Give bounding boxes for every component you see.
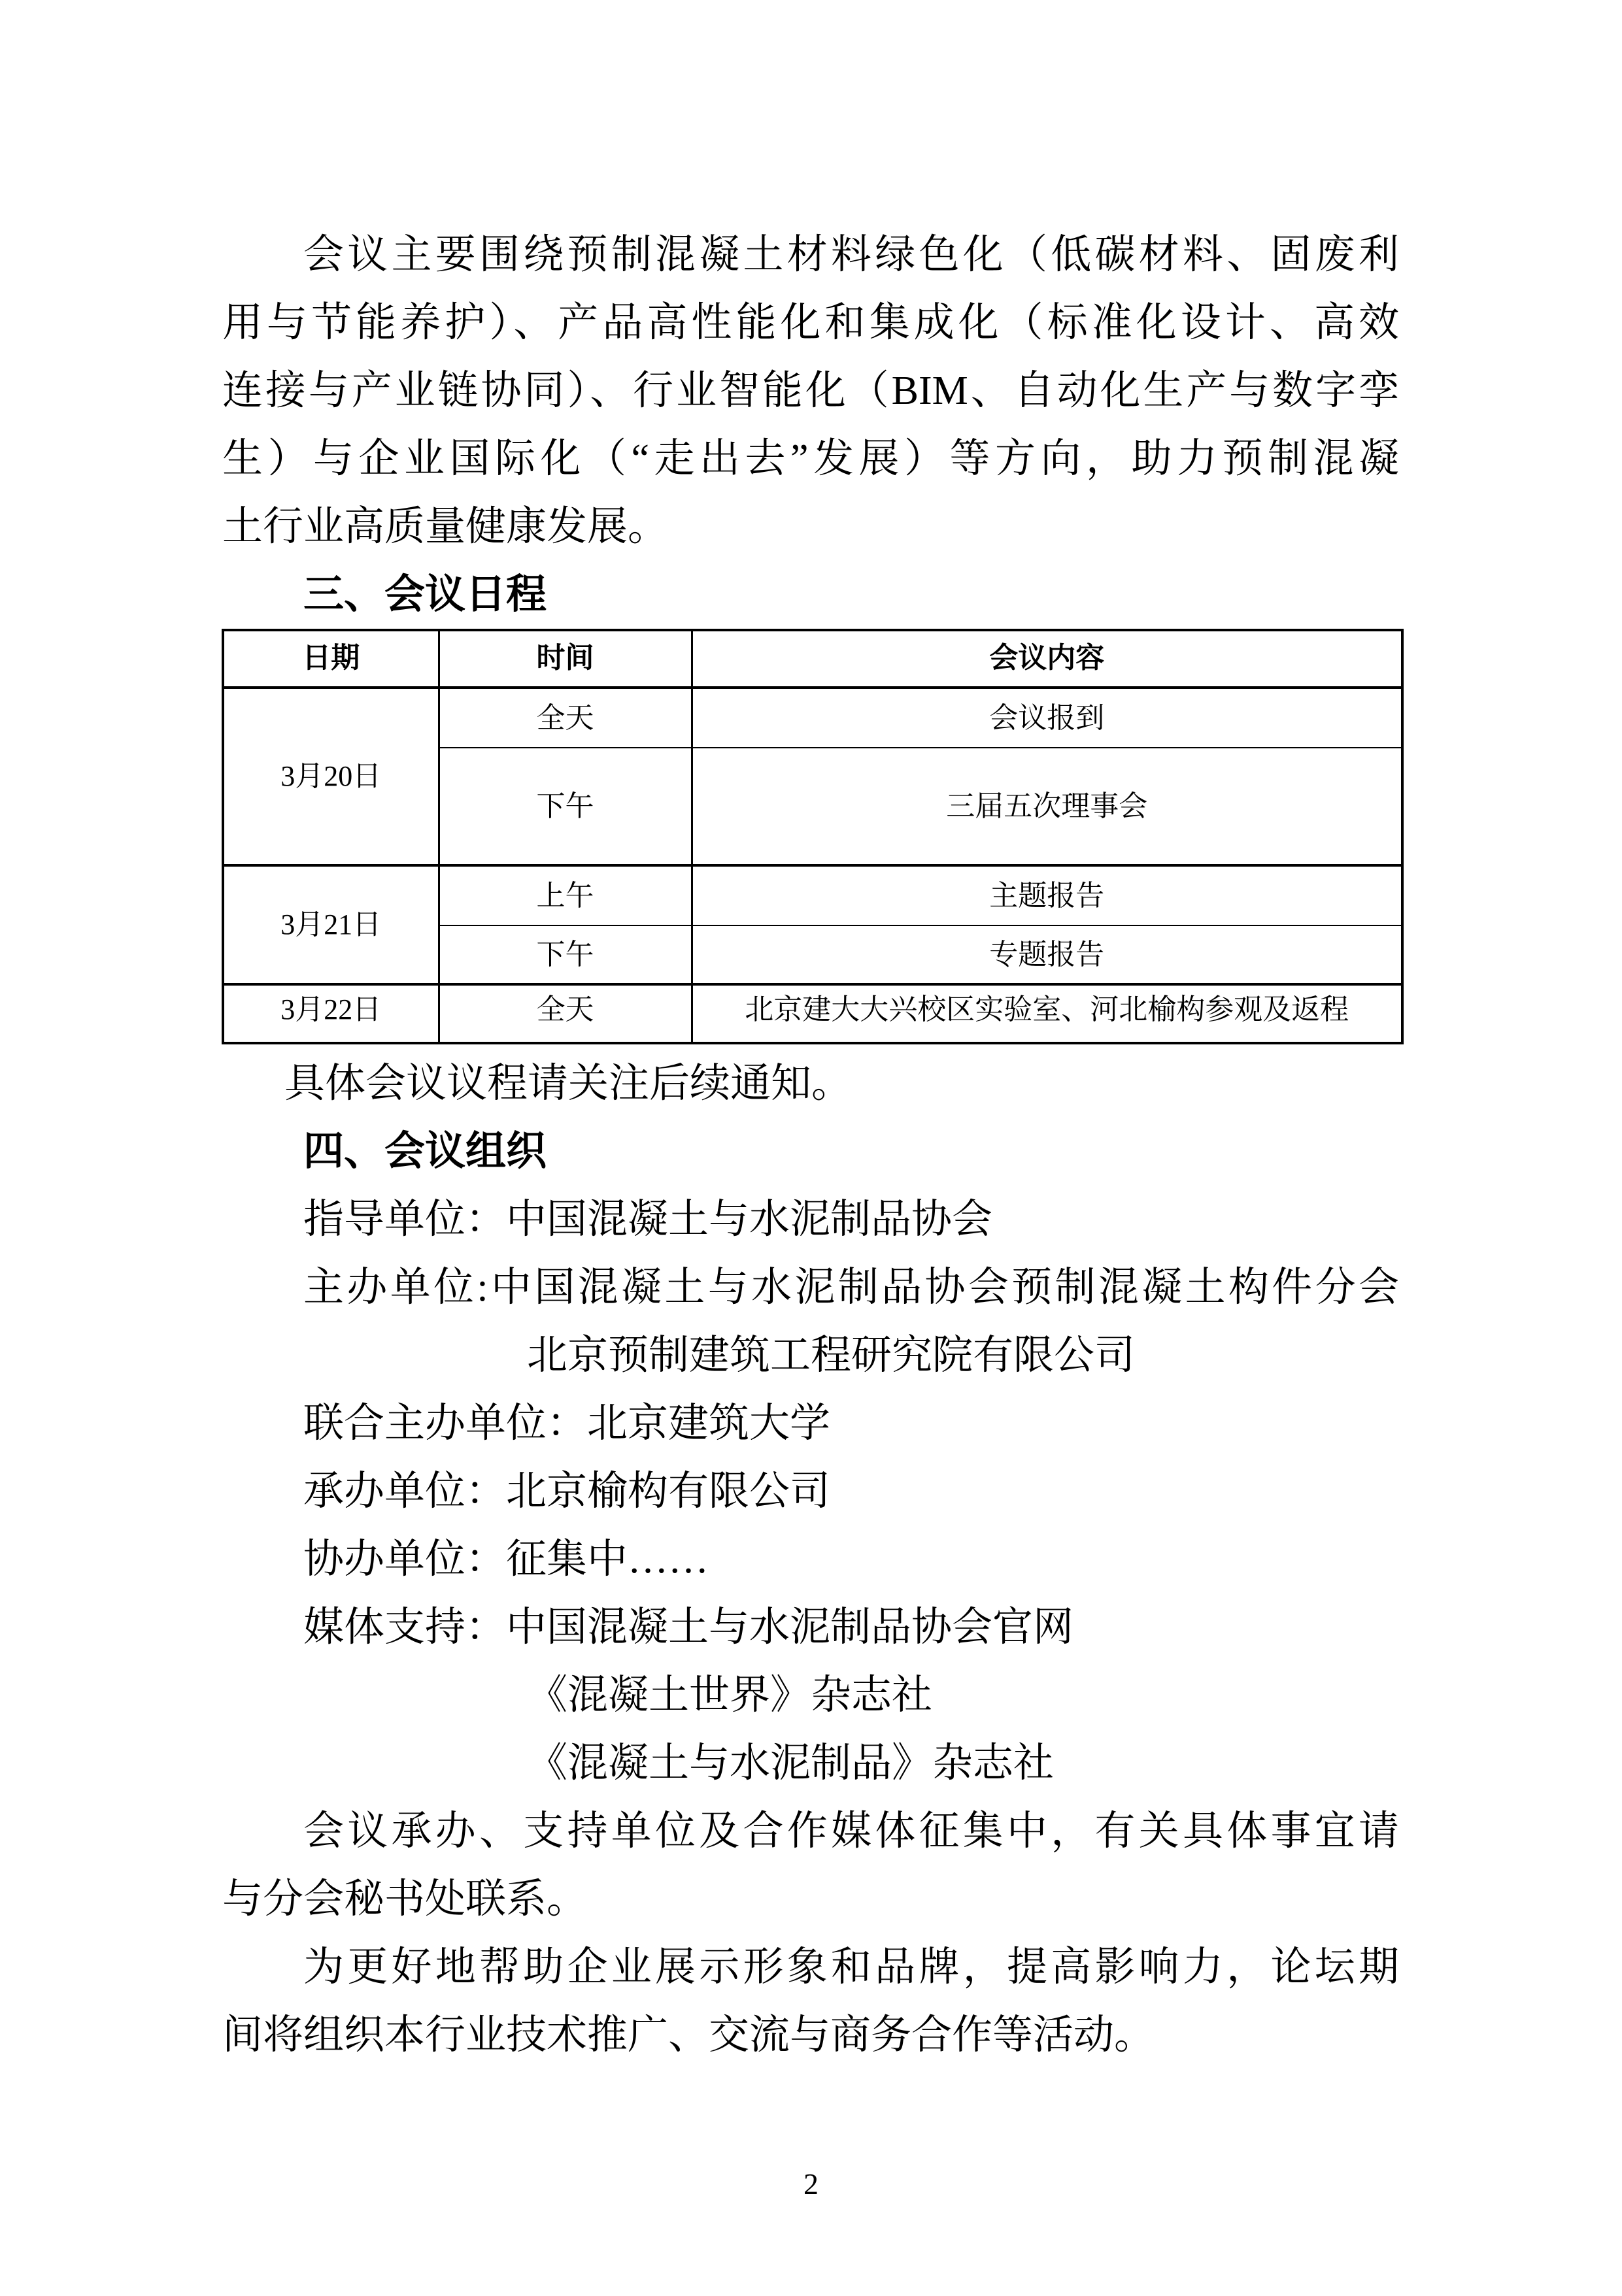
closing-paragraph-1: 会议承办、支持单位及合作媒体征集中，有关具体事宜请 与分会秘书处联系。 (222, 1797, 1399, 1933)
closing-line: 间将组织本行业技术推广、交流与商务合作等活动。 (222, 2001, 1399, 2069)
note-line: 具体会议议程请关注后续通知。 (222, 1050, 1399, 1118)
schedule-table: 日期 时间 会议内容 3月20日 全天 会议报到 下午 三届五次理事会 3月21… (222, 629, 1404, 1044)
intro-line: 生）与企业国际化（“走出去”发展）等方向，助力预制混凝 (222, 425, 1399, 493)
intro-line: 用与节能养护）、产品高性能化和集成化（标准化设计、高效 (222, 289, 1399, 357)
document-page: 会议主要围绕预制混凝土材料绿色化（低碳材料、固废利 用与节能养护）、产品高性能化… (0, 0, 1622, 2296)
schedule-row: 3月21日 上午 主题报告 (223, 865, 1402, 925)
org-cohost-line: 联合主办单位：北京建筑大学 (222, 1389, 1399, 1457)
schedule-date-cell: 3月21日 (223, 865, 439, 984)
section3-heading: 三、会议日程 (222, 561, 1399, 629)
org-media-line: 媒体支持：中国混凝土与水泥制品协会官网 (222, 1593, 1399, 1661)
org-guidance-line: 指导单位：中国混凝土与水泥制品协会 (222, 1186, 1399, 1254)
org-coorganizer-line: 协办单位：征集中…… (222, 1525, 1399, 1593)
schedule-content-cell: 三届五次理事会 (692, 748, 1402, 865)
closing-line: 为更好地帮助企业展示形象和品牌，提高影响力，论坛期 (222, 1933, 1399, 2001)
schedule-row: 3月22日 全天 北京建大大兴校区实验室、河北榆构参观及返程 (223, 984, 1402, 1043)
organization-list: 指导单位：中国混凝土与水泥制品协会 主办单位:中国混凝土与水泥制品协会预制混凝土… (222, 1186, 1399, 1797)
schedule-time-cell: 下午 (439, 748, 692, 865)
document-content: 会议主要围绕预制混凝土材料绿色化（低碳材料、固废利 用与节能养护）、产品高性能化… (222, 221, 1399, 2069)
schedule-content-cell: 会议报到 (692, 688, 1402, 748)
intro-paragraph: 会议主要围绕预制混凝土材料绿色化（低碳材料、固废利 用与节能养护）、产品高性能化… (222, 221, 1399, 561)
schedule-row: 3月20日 全天 会议报到 (223, 688, 1402, 748)
schedule-header-date: 日期 (223, 630, 439, 688)
intro-line: 会议主要围绕预制混凝土材料绿色化（低碳材料、固废利 (222, 221, 1399, 289)
schedule-content-cell: 专题报告 (692, 925, 1402, 984)
closing-paragraph-2: 为更好地帮助企业展示形象和品牌，提高影响力，论坛期 间将组织本行业技术推广、交流… (222, 1933, 1399, 2069)
schedule-time-cell: 全天 (439, 688, 692, 748)
closing-line: 会议承办、支持单位及合作媒体征集中，有关具体事宜请 (222, 1797, 1399, 1865)
org-host-line: 主办单位:中国混凝土与水泥制品协会预制混凝土构件分会 (222, 1254, 1399, 1322)
schedule-content-cell: 北京建大大兴校区实验室、河北榆构参观及返程 (692, 984, 1402, 1043)
section4-heading: 四、会议组织 (222, 1118, 1399, 1186)
org-media2-line: 《混凝土世界》杂志社 (222, 1661, 1399, 1729)
org-media3-line: 《混凝土与水泥制品》杂志社 (222, 1729, 1399, 1797)
schedule-header-row: 日期 时间 会议内容 (223, 630, 1402, 688)
schedule-time-cell: 下午 (439, 925, 692, 984)
schedule-content-cell: 主题报告 (692, 865, 1402, 925)
intro-line: 土行业高质量健康发展。 (222, 493, 1399, 561)
schedule-time-cell: 全天 (439, 984, 692, 1043)
schedule-time-cell: 上午 (439, 865, 692, 925)
schedule-date-cell: 3月22日 (223, 984, 439, 1043)
schedule-header-time: 时间 (439, 630, 692, 688)
schedule-header-content: 会议内容 (692, 630, 1402, 688)
org-host2-line: 北京预制建筑工程研究院有限公司 (222, 1322, 1399, 1389)
org-organizer-line: 承办单位：北京榆构有限公司 (222, 1457, 1399, 1525)
page-number: 2 (0, 2165, 1622, 2204)
intro-line: 连接与产业链协同）、行业智能化（BIM、自动化生产与数字孪 (222, 357, 1399, 425)
closing-line: 与分会秘书处联系。 (222, 1865, 1399, 1933)
schedule-date-cell: 3月20日 (223, 688, 439, 865)
